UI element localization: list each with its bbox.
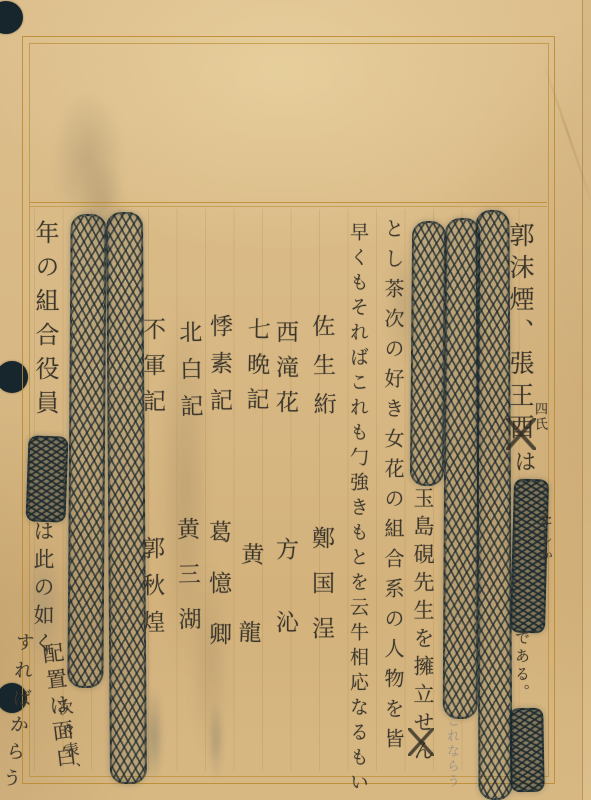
text-column-names-right: 郭沫煙、張王酉 [508,222,533,446]
redaction-bar [410,221,446,486]
redaction-bar [443,218,481,719]
header-divider-line [30,206,547,207]
phrase-dearu: である。 [514,630,529,702]
name-item: 不軍記 [140,317,163,425]
name-item: 北白記 [176,320,201,431]
name-item: 鄭国浧 [309,526,332,661]
text-column-tamashima: 玉島硯先生を擁立せん [412,487,433,767]
name-item: 葛憶卿 [206,520,229,673]
name-item: 佐生絎 [309,314,334,431]
particle-wa: は [512,450,534,472]
strikethrough-x-mark [408,728,434,756]
text-column-b: 早くもそればこれも勹強きもとを云牛相応なるもい [348,222,367,797]
scanned-document-page: 郭沫煙、張王酉 四氏 は たしか である。 玉島硯先生を擁立せん とし茶次の好き… [0,0,591,800]
redaction-bar [106,212,147,784]
name-item: 郭秋煌 [139,536,162,647]
name-item: 方沁 [273,537,296,683]
name-item: 黄龍 [233,542,261,699]
redaction-block [26,435,69,522]
text-column-left-top: 年の組合役員 [33,220,57,424]
text-column-left-wa: は此の如く [32,520,53,660]
redaction-bar [67,214,106,688]
text-column-a: とし茶次の好き女花の組合系の人物を皆 [383,218,403,758]
margin-note-tashika: たしか [538,512,551,566]
redaction-block [509,708,544,793]
strikethrough-x-mark [506,418,536,450]
name-item: 西滝花 [273,320,296,425]
faint-blue-note: これならう [445,714,458,789]
paper-edge [582,0,591,800]
name-item: 悸素記 [207,314,230,425]
text-column-left-sureba: すれば [10,632,33,717]
header-divider-line [30,202,547,203]
name-item: 黄三湖 [174,517,199,652]
punch-hole [0,1,23,34]
name-item: 七晩記 [243,317,268,422]
